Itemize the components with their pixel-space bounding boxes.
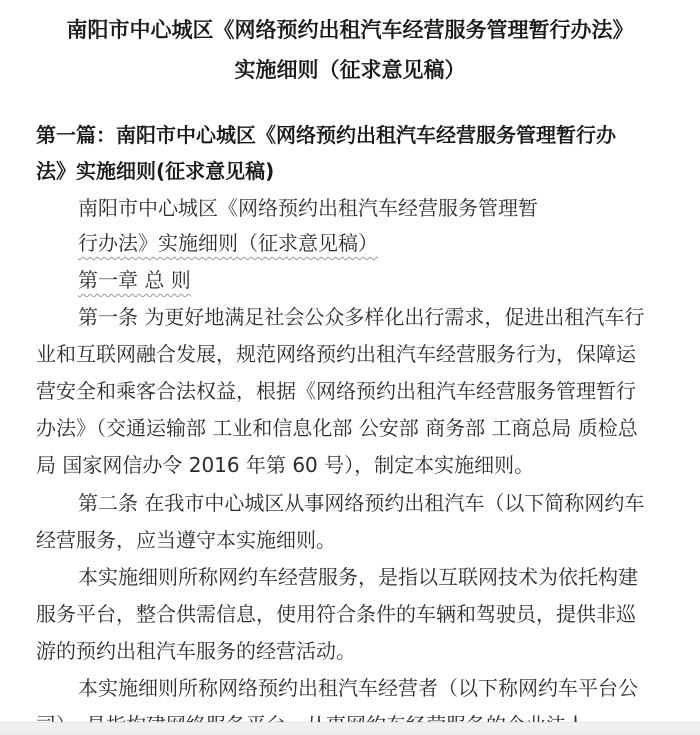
section-heading-line-1: 第一篇：南阳市中心城区《网络预约出租汽车经营服务管理暂行办: [36, 116, 676, 154]
article-1-line-5: 局 国家网信办令 2016 年第 60 号），制定本实施细则。: [36, 450, 534, 480]
article-1-line-1: 第一条 为更好地满足社会公众多样化出行需求，促进出租汽车行: [78, 302, 644, 332]
article-1-line-2: 业和互联网融合发展，规范网络预约出租汽车经营服务行为，保障运: [36, 339, 636, 369]
definition-operator-line-1: 本实施细则所称网络预约出租汽车经营者（以下称网约车平台公: [78, 673, 638, 703]
document-title-line-2: 实施细则（征求意见稿）: [0, 54, 700, 86]
article-2-line-2: 经营服务，应当遵守本实施细则。: [36, 525, 336, 555]
subtitle-line-1: 南阳市中心城区《网络预约出租汽车经营服务管理暂: [78, 193, 538, 223]
definition-service-line-2: 服务平台，整合供需信息，使用符合条件的车辆和驾驶员，提供非巡: [36, 599, 636, 629]
chapter-heading: 第一章 总 则: [78, 265, 191, 295]
subtitle-line-2: 行办法》实施细则（征求意见稿）: [78, 228, 378, 258]
section-heading-line-2: 法》实施细则(征求意见稿): [36, 152, 676, 190]
document-title-line-1: 南阳市中心城区《网络预约出租汽车经营服务管理暂行办法》: [0, 14, 700, 46]
definition-service-line-1: 本实施细则所称网约车经营服务，是指以互联网技术为依托构建: [78, 562, 638, 592]
article-2-line-1: 第二条 在我市中心城区从事网络预约出租汽车（以下简称网约车: [78, 488, 644, 518]
article-1-line-3: 营安全和乘客合法权益，根据《网络预约出租汽车经营服务管理暂行: [36, 376, 636, 406]
bottom-fade-overlay: [0, 722, 700, 735]
document-page: 南阳市中心城区《网络预约出租汽车经营服务管理暂行办法》 实施细则（征求意见稿） …: [0, 0, 700, 735]
definition-service-line-3: 游的预约出租汽车服务的经营活动。: [36, 636, 356, 666]
article-1-line-4: 办法》（交通运输部 工业和信息化部 公安部 商务部 工商总局 质检总: [36, 413, 638, 443]
